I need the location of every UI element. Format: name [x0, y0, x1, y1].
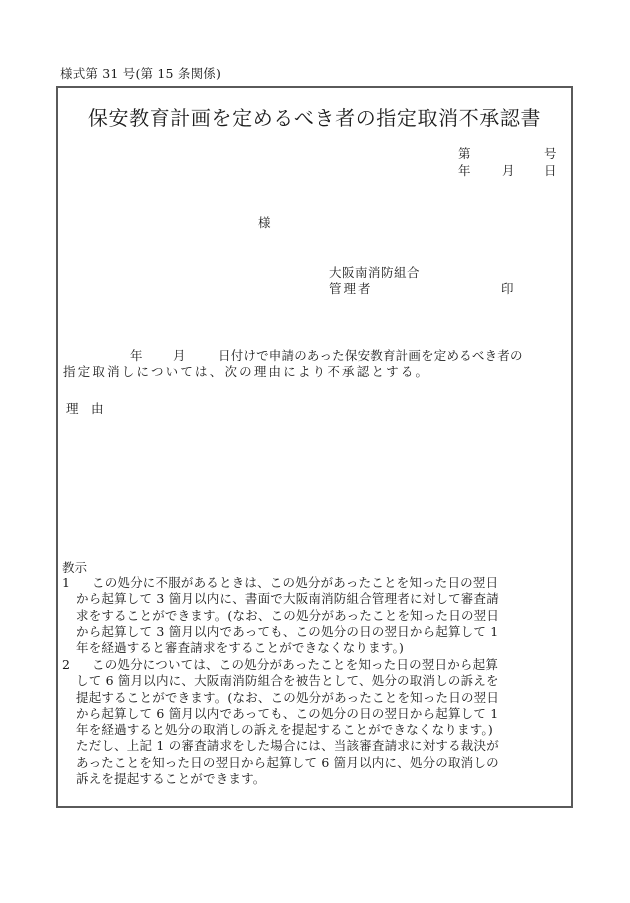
notice-item-2: 2 この処分については、この処分があったことを知った日の翌日から起算 して 6 … [62, 657, 564, 787]
notice-line: あったことを知った日の翌日から起算して 6 箇月以内に、処分の取消しの [76, 755, 564, 771]
notice-line: 年を経過すると処分の取消しの訴えを提起することができなくなります。) [76, 722, 564, 738]
notice-line: 訴えを提起することができます。 [76, 771, 564, 787]
body-line-1-rest: 日付けで申請のあった保安教育計画を定めるべき者の [218, 348, 523, 364]
body-paragraph: 年 月 日付けで申請のあった保安教育計画を定めるべき者の 指定取消しについては、… [63, 348, 430, 380]
body-line-2: 指定取消しについては、次の理由により不承認とする。 [63, 364, 430, 380]
document-title: 保安教育計画を定めるべき者の指定取消不承認書 [58, 102, 571, 131]
notice-title: 教示 [62, 558, 87, 576]
document-date-line: 年 月 日 [58, 161, 571, 177]
date-day: 日 [544, 161, 557, 179]
seal-mark: 印 [501, 279, 514, 297]
date-month: 月 [502, 161, 515, 179]
issuer-title: 管理者 [329, 279, 373, 297]
notice-line: 求をすることができます。(なお、この処分があったことを知った日の翌日 [76, 608, 564, 624]
notice-line: ただし、上記 1 の審査請求をした場合には、当該審査請求に対する裁決が [76, 738, 564, 754]
notice-line: して 6 箇月以内に、大阪南消防組合を被告として、処分の取消しの訴えを [76, 673, 564, 689]
addressee-suffix: 様 [258, 213, 271, 231]
notice-line: から起算して 3 箇月以内であっても、この処分の日の翌日から起算して 1 [76, 624, 564, 640]
notice-item-number: 1 [62, 575, 70, 591]
notice-line: この処分に不服があるときは、この処分があったことを知った日の翌日 [76, 575, 564, 591]
number-suffix: 号 [544, 144, 557, 162]
document-frame: 保安教育計画を定めるべき者の指定取消不承認書 第 号 年 月 日 様 大阪南消防… [56, 86, 573, 808]
form-number: 様式第 31 号(第 15 条関係) [60, 64, 221, 82]
body-year: 年 [130, 348, 143, 364]
notice-line: から起算して 6 箇月以内であっても、この処分の日の翌日から起算して 1 [76, 706, 564, 722]
date-year: 年 [458, 161, 471, 179]
body-line-1: 年 月 日付けで申請のあった保安教育計画を定めるべき者の [63, 348, 430, 364]
notice-line: この処分については、この処分があったことを知った日の翌日から起算 [76, 657, 564, 673]
notice-line: 提起することができます。(なお、この処分があったことを知った日の翌日 [76, 690, 564, 706]
notice-line: から起算して 3 箇月以内に、書面で大阪南消防組合管理者に対して審査請 [76, 591, 564, 607]
notice-item-1: 1 この処分に不服があるときは、この処分があったことを知った日の翌日 から起算し… [62, 575, 564, 656]
notice-line: 年を経過すると審査請求をすることができなくなります。) [76, 640, 564, 656]
notice-item-number: 2 [62, 657, 70, 673]
number-prefix: 第 [458, 144, 471, 162]
document-number-line: 第 号 [58, 144, 571, 160]
body-month: 月 [173, 348, 186, 364]
reason-label: 理 由 [66, 399, 104, 417]
